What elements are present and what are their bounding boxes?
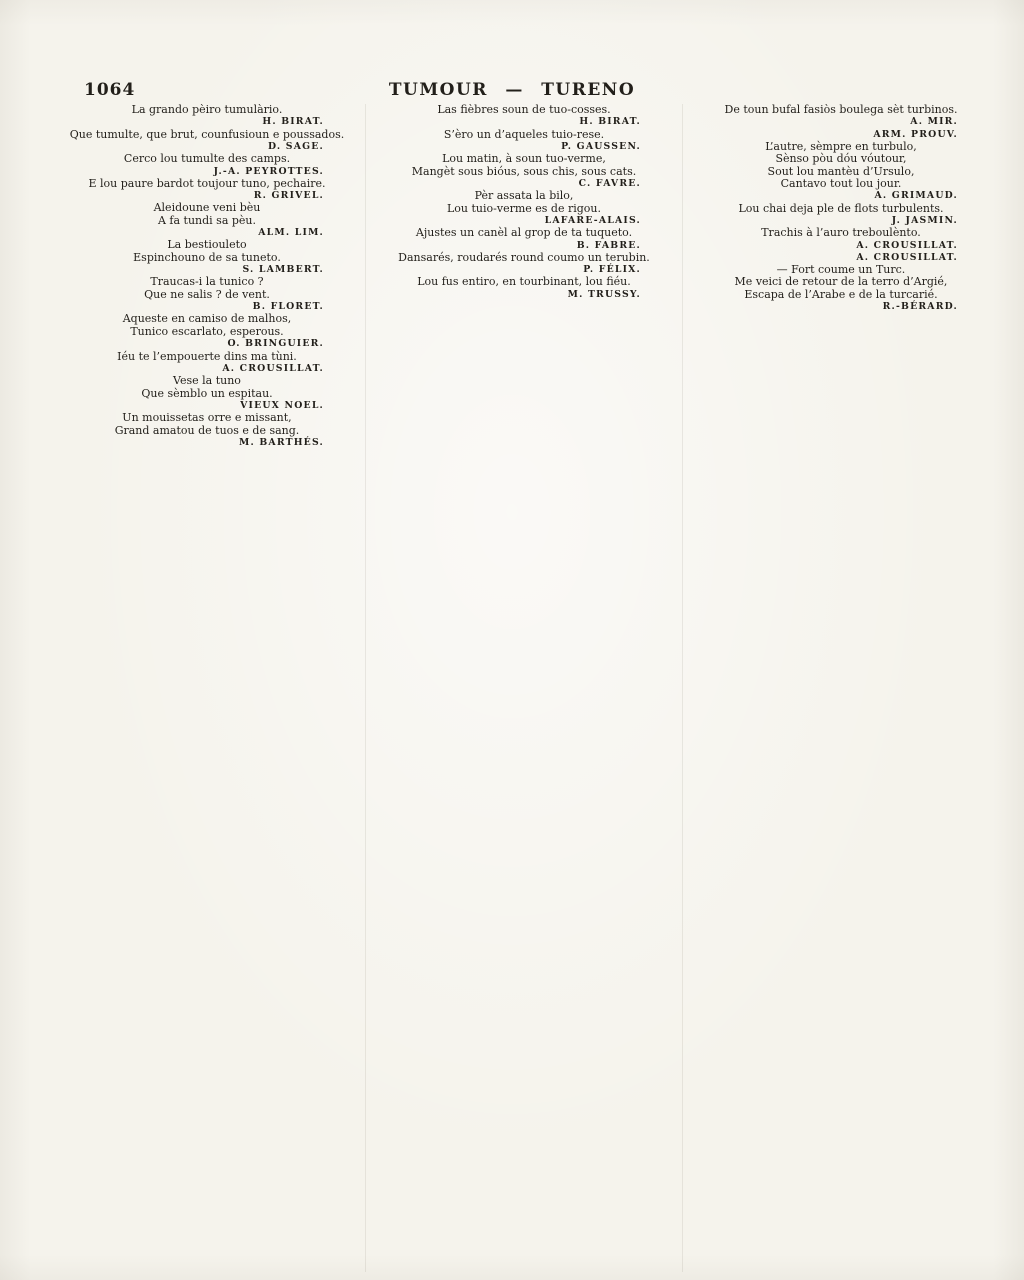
- page-heading: TUMOUR — TURENO: [0, 80, 1024, 100]
- verse-line: Ajustes un canèl al grop de ta tuqueto.: [377, 227, 671, 239]
- verse-line: Cantavo tout lou jour.: [694, 178, 988, 190]
- verse-line: Lou matin, à soun tuo-verme,: [377, 153, 671, 165]
- verse-line: Lou tuio-verme es de rigou.: [377, 203, 671, 215]
- verse-line: Dansarés, roudarés round coumo un terubi…: [377, 252, 671, 264]
- attribution: A. GRIMAUD.: [694, 190, 988, 202]
- verse-line: Que ne salis ? de vent.: [60, 289, 354, 301]
- verse-line: Iéu te l’empouerte dins ma tùni.: [60, 351, 354, 363]
- attribution: O. BRINGUIER.: [60, 338, 354, 350]
- attribution: ARM. PROUV.: [694, 129, 988, 141]
- verse-line: Escapa de l’Arabe e de la turcarié.: [694, 289, 988, 301]
- verse-line: Un mouissetas orre e missant,: [60, 412, 354, 424]
- verse-line: Mangèt sous bióus, sous chis, sous cats.: [377, 166, 671, 178]
- attribution: R.-BÉRARD.: [694, 301, 988, 313]
- verse-line: De toun bufal fasiòs boulega sèt turbino…: [694, 104, 988, 116]
- verse-line: Espinchouno de sa tuneto.: [60, 252, 354, 264]
- column-2: Las fièbres soun de tuo-cosses.H. BIRAT.…: [365, 104, 671, 1272]
- attribution: A. CROUSILLAT.: [694, 240, 988, 252]
- verse-line: Que tumulte, que brut, counfusioun e pou…: [60, 129, 354, 141]
- verse-line: Lou chai deja ple de flots turbulents.: [694, 203, 988, 215]
- verse-line: Traucas-i la tunico ?: [60, 276, 354, 288]
- verse-line: Me veici de retour de la terro d’Argié,: [694, 276, 988, 288]
- verse-line: Sènso pòu dóu vóutour,: [694, 153, 988, 165]
- verse-line: Vese la tuno: [60, 375, 354, 387]
- verse-line: Aleidoune veni bèu: [60, 202, 354, 214]
- verse-line: S’èro un d’aqueles tuio-rese.: [377, 129, 671, 141]
- dictionary-columns: La grando pèiro tumulàrio.H. BIRAT.Que t…: [60, 104, 988, 1272]
- verse-line: E lou paure bardot toujour tuno, pechair…: [60, 178, 354, 190]
- column-3: De toun bufal fasiòs boulega sèt turbino…: [682, 104, 988, 1272]
- attribution: H. BIRAT.: [60, 116, 354, 128]
- attribution: M. BARTHÉS.: [60, 437, 354, 449]
- verse-line: La grando pèiro tumulàrio.: [60, 104, 354, 116]
- verse-line: A fa tundi sa pèu.: [60, 215, 354, 227]
- verse-line: Pèr assata la bilo,: [377, 190, 671, 202]
- attribution: M. TRUSSY.: [377, 289, 671, 301]
- attribution: H. BIRAT.: [377, 116, 671, 128]
- verse-line: Que sèmblo un espitau.: [60, 388, 354, 400]
- attribution: A. MIR.: [694, 116, 988, 128]
- verse-line: La bestiouleto: [60, 239, 354, 251]
- verse-line: Tunico escarlato, esperous.: [60, 326, 354, 338]
- verse-line: Lou fus entiro, en tourbinant, lou fiéu.: [377, 276, 671, 288]
- attribution: J.-A. PEYROTTES.: [60, 166, 354, 178]
- verse-line: Grand amatou de tuos e de sang.: [60, 425, 354, 437]
- column-1: La grando pèiro tumulàrio.H. BIRAT.Que t…: [60, 104, 354, 1272]
- verse-line: Trachis à l’auro treboulènto.: [694, 227, 988, 239]
- verse-line: Las fièbres soun de tuo-cosses.: [377, 104, 671, 116]
- verse-line: Cerco lou tumulte des camps.: [60, 153, 354, 165]
